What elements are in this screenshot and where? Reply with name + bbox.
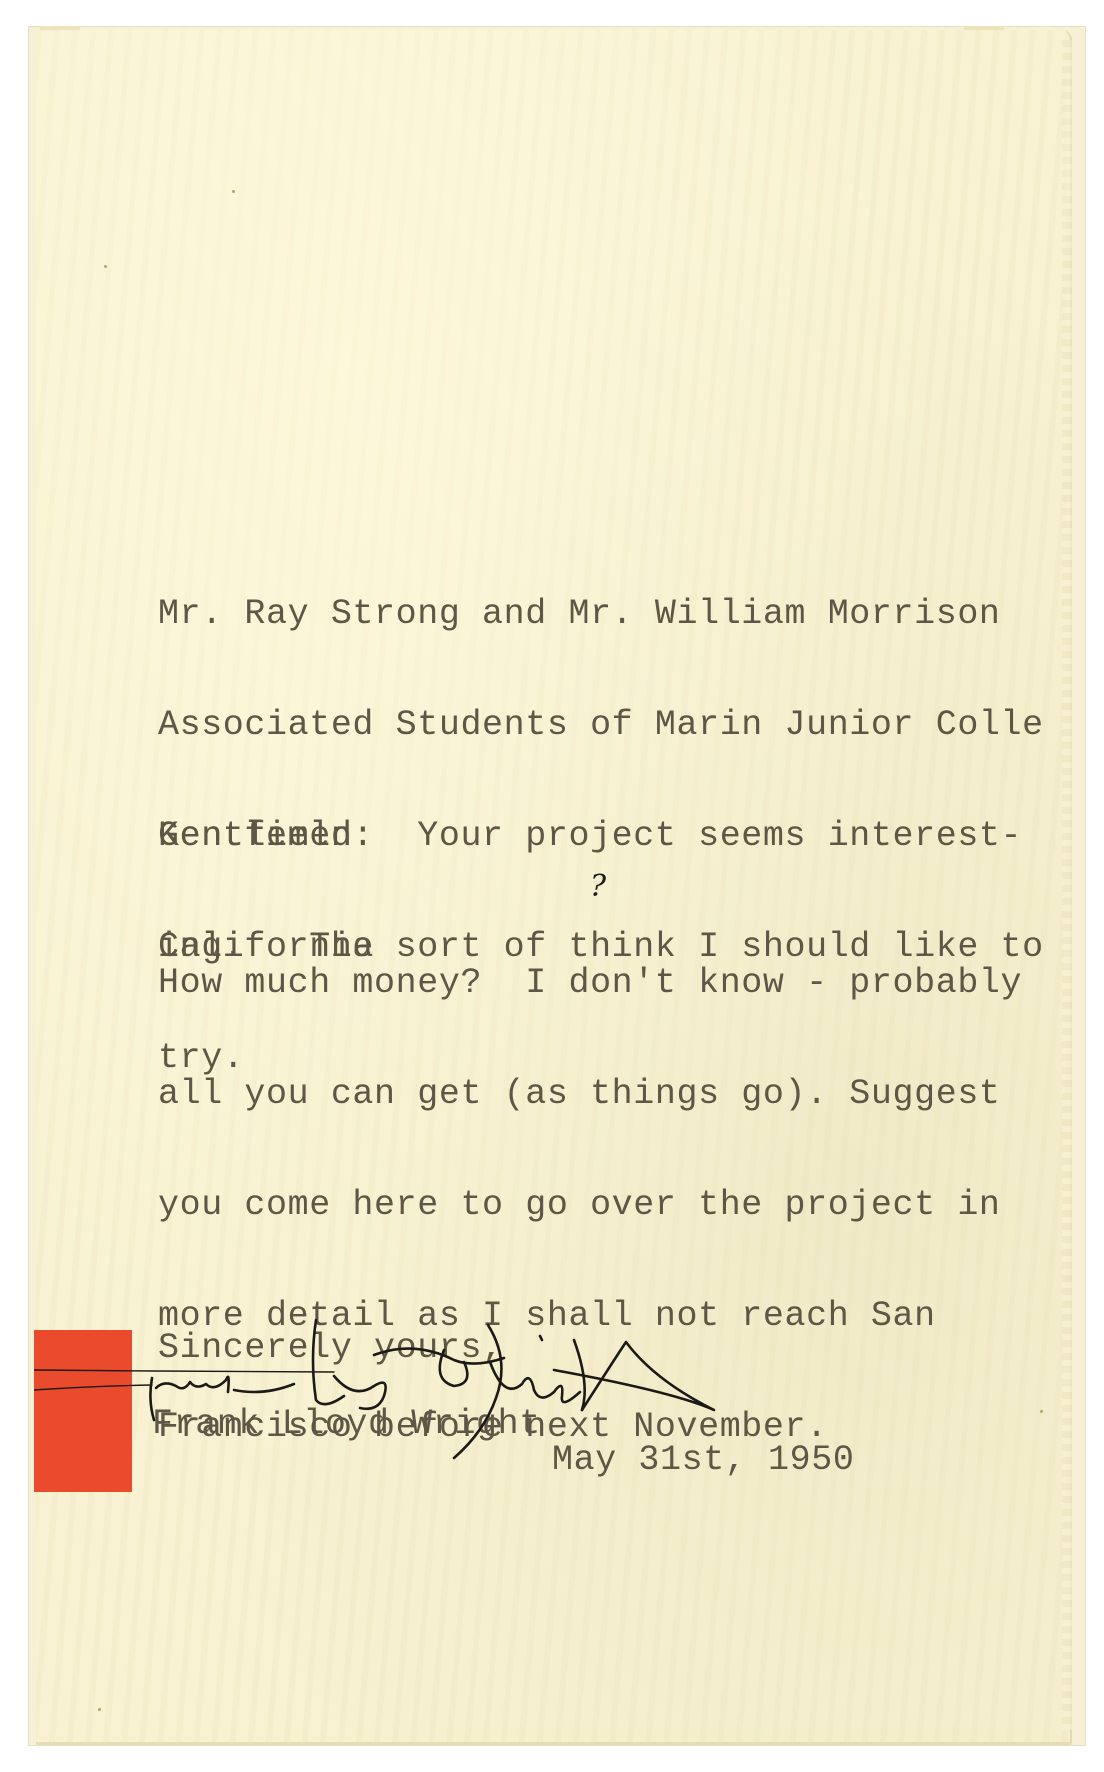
signer-name: Frank Lloyd Wright [152, 1406, 541, 1443]
paper-speck [1040, 1410, 1043, 1413]
body-line: Gentlemen: Your project seems interest- [158, 818, 1044, 855]
red-tab-marker [34, 1330, 132, 1492]
paper-speck [98, 1708, 101, 1711]
paper-speck [232, 190, 235, 193]
letter-date: May 31st, 1950 [552, 1442, 854, 1479]
body-line: all you can get (as things go). Suggest [158, 1076, 1022, 1113]
handwritten-question-mark: ? [590, 872, 606, 902]
body-line: you come here to go over the project in [158, 1187, 1022, 1224]
body-paragraph-2: How much money? I don't know - probably … [158, 891, 1022, 1483]
deckled-edge [1062, 40, 1072, 1730]
body-line: How much money? I don't know - probably [158, 965, 1022, 1002]
address-line: Mr. Ray Strong and Mr. William Morrison [158, 596, 1044, 633]
paper-speck [104, 265, 107, 268]
address-line: Associated Students of Marin Junior Coll… [158, 707, 1044, 744]
closing-line: Sincerely yours, [158, 1330, 504, 1367]
